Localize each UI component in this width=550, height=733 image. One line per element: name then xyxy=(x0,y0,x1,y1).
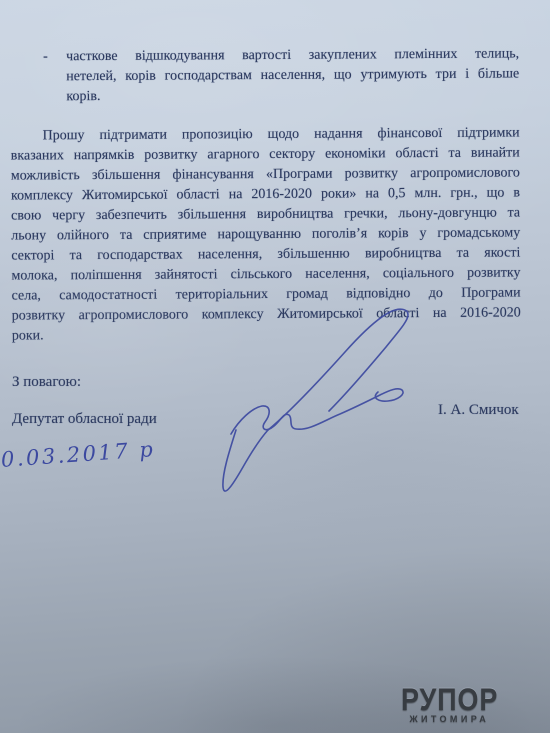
closing-salutation: З повагою: xyxy=(12,374,81,391)
bullet-text: часткове відшкодування вартості закуплен… xyxy=(66,44,519,107)
signature-ink xyxy=(198,303,430,507)
bullet-line: корів. xyxy=(66,84,519,107)
bullet-line: нетелей, корів господарствам населення, … xyxy=(66,64,519,87)
document-body: - часткове відшкодування вартості закупл… xyxy=(10,44,521,346)
signer-name: І. А. Смичок xyxy=(438,402,519,419)
watermark-title: РУПОР xyxy=(401,685,498,714)
signer-title: Депутат обласної ради xyxy=(12,411,157,428)
watermark-logo: РУПОР ЖИТОМИРА xyxy=(399,687,500,724)
bullet-item: - часткове відшкодування вартості закупл… xyxy=(10,44,519,107)
bullet-line: часткове відшкодування вартості закуплен… xyxy=(66,44,519,67)
bullet-marker: - xyxy=(43,47,66,107)
handwritten-date: 30.03.2017 р xyxy=(0,437,156,473)
document-photo: - часткове відшкодування вартості закупл… xyxy=(0,0,550,733)
